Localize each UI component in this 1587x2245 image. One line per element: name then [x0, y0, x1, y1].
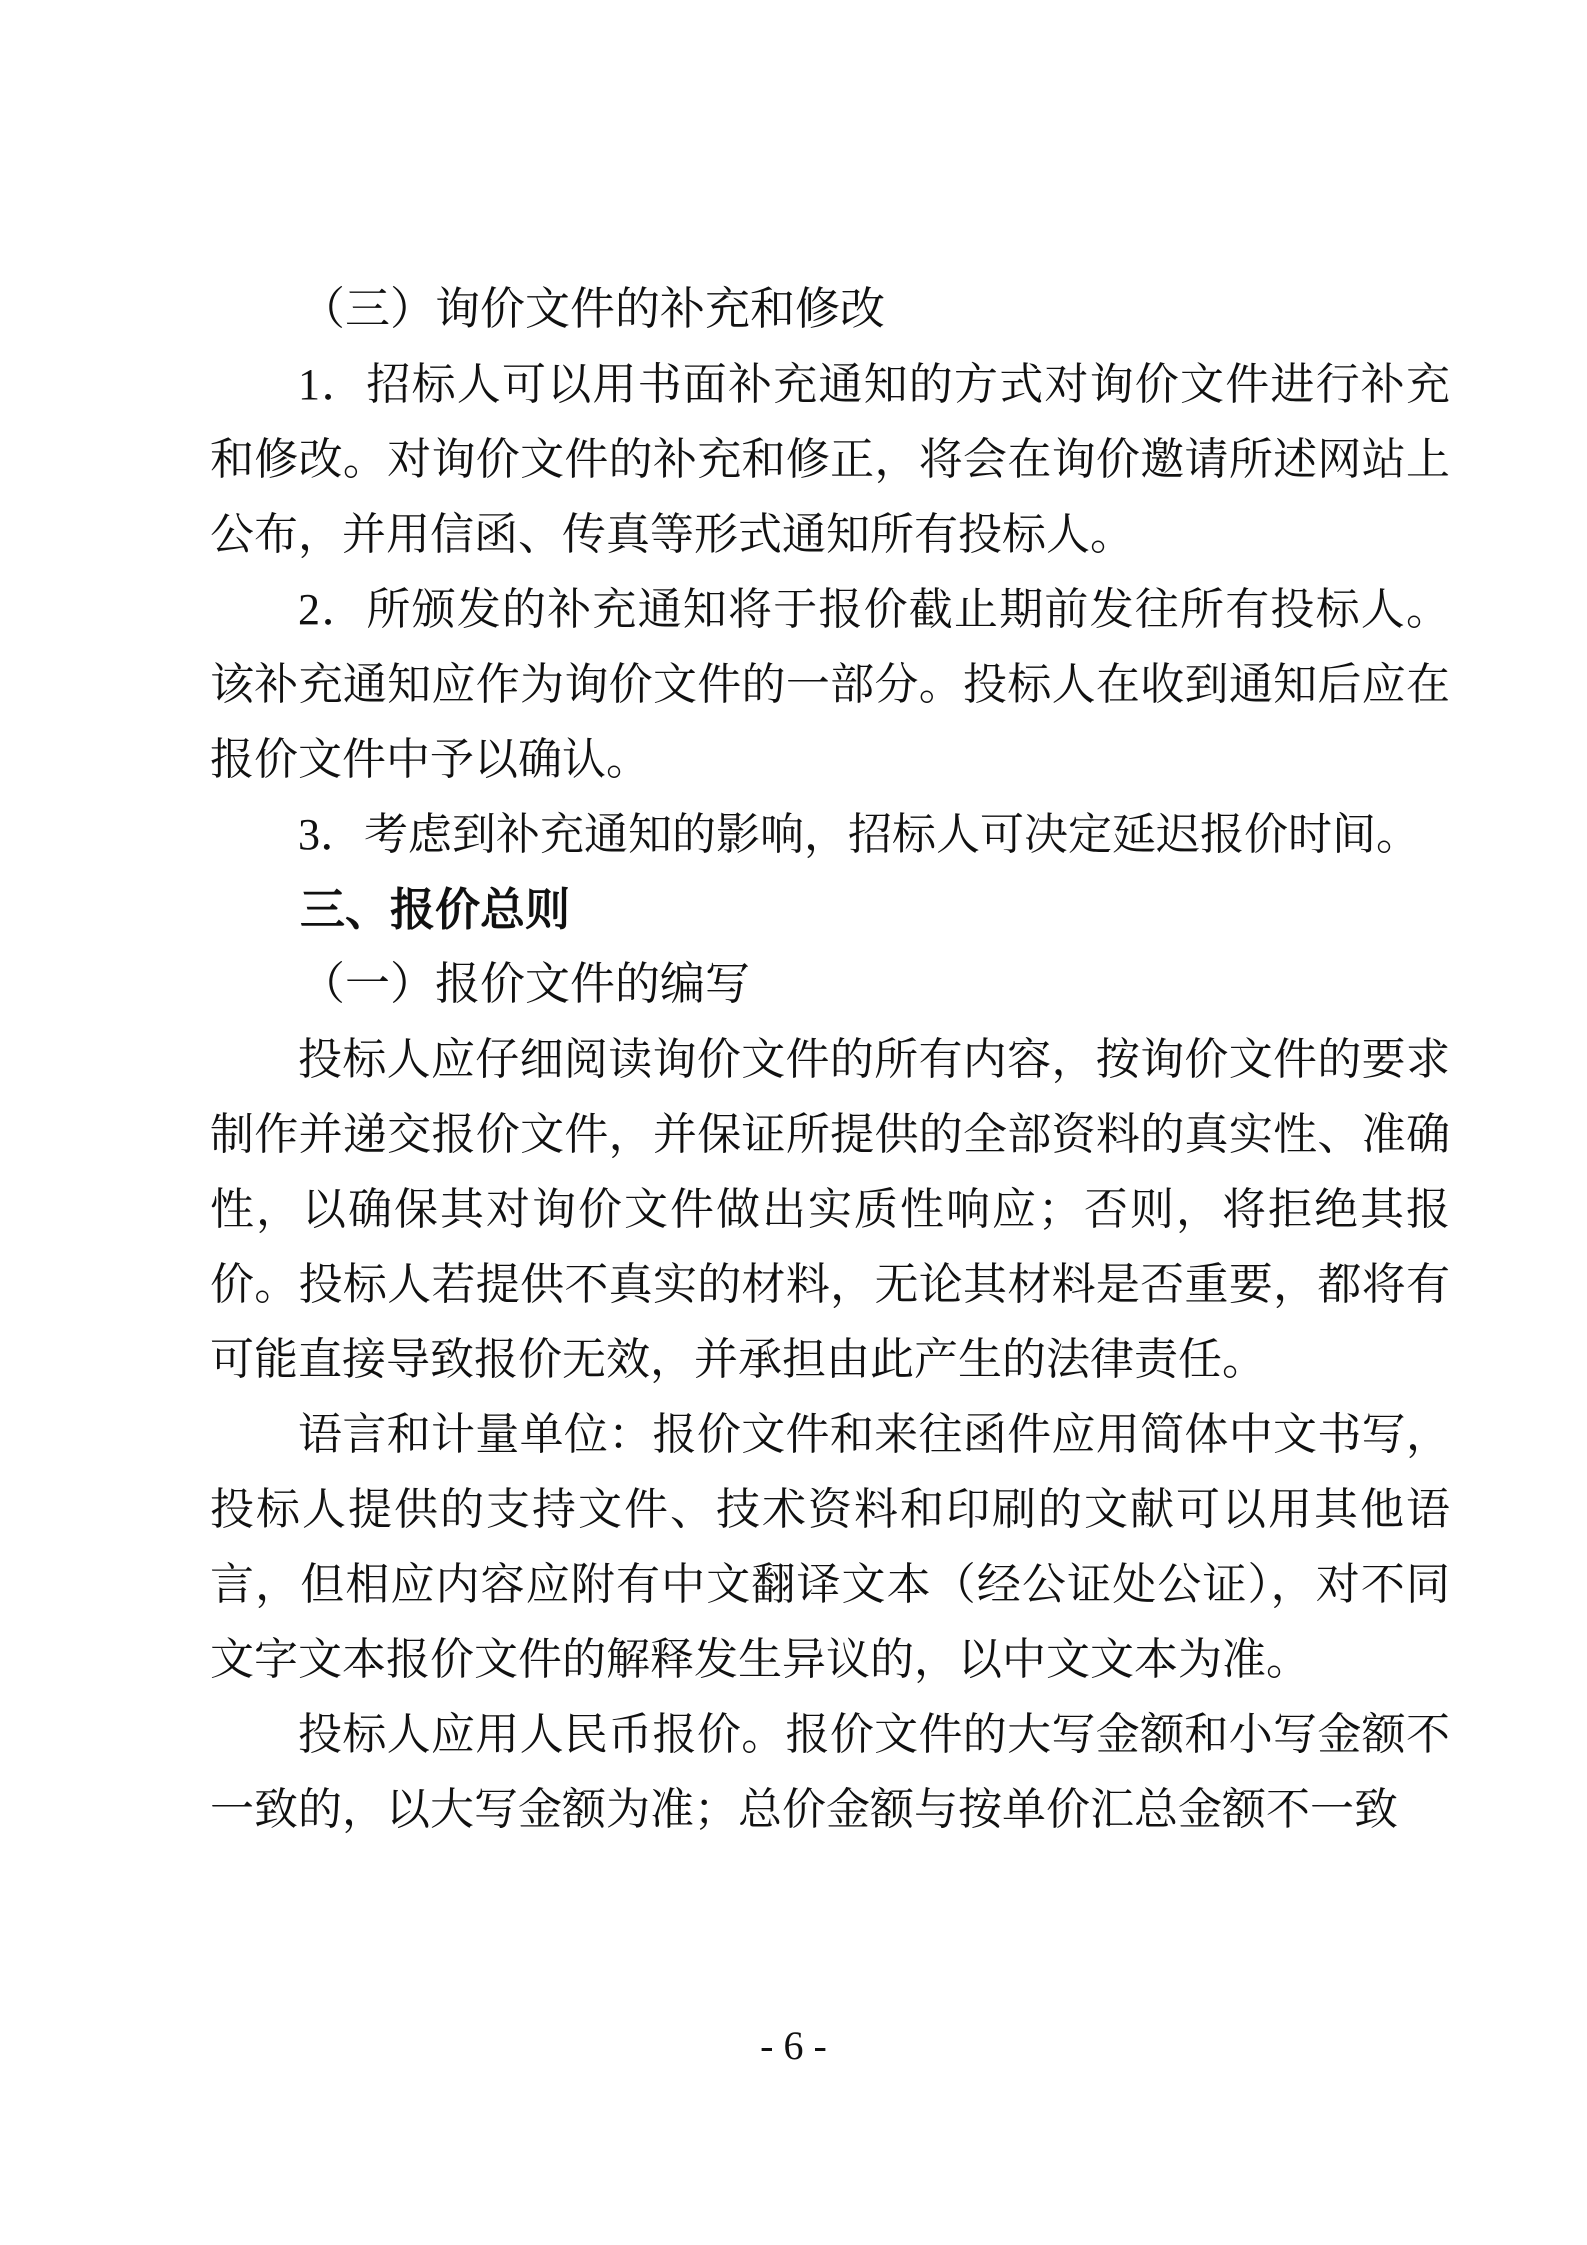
- document-page: （三）询价文件的补充和修改 1．招标人可以用书面补充通知的方式对询价文件进行补充…: [0, 0, 1587, 2245]
- section-heading-quotation-preparation: （一）报价文件的编写: [210, 947, 1450, 1022]
- paragraph-supplement-item-1: 1．招标人可以用书面补充通知的方式对询价文件进行补充和修改。对询价文件的补充和修…: [210, 347, 1450, 572]
- section-heading-quotation-general-rules: 三、报价总则: [210, 872, 1450, 947]
- paragraph-supplement-item-3: 3．考虑到补充通知的影响，招标人可决定延迟报价时间。: [210, 797, 1450, 872]
- paragraph-supplement-item-2: 2．所颁发的补充通知将于报价截止期前发往所有投标人。该补充通知应作为询价文件的一…: [210, 572, 1450, 797]
- document-body: （三）询价文件的补充和修改 1．招标人可以用书面补充通知的方式对询价文件进行补充…: [210, 272, 1450, 1847]
- paragraph-currency-amounts: 投标人应用人民币报价。报价文件的大写金额和小写金额不一致的，以大写金额为准；总价…: [210, 1697, 1450, 1847]
- section-heading-supplement-modification: （三）询价文件的补充和修改: [210, 272, 1450, 347]
- paragraph-language-units: 语言和计量单位：报价文件和来往函件应用简体中文书写，投标人提供的支持文件、技术资…: [210, 1397, 1450, 1697]
- paragraph-quotation-preparation: 投标人应仔细阅读询价文件的所有内容，按询价文件的要求制作并递交报价文件，并保证所…: [210, 1022, 1450, 1397]
- page-number: - 6 -: [0, 2022, 1587, 2070]
